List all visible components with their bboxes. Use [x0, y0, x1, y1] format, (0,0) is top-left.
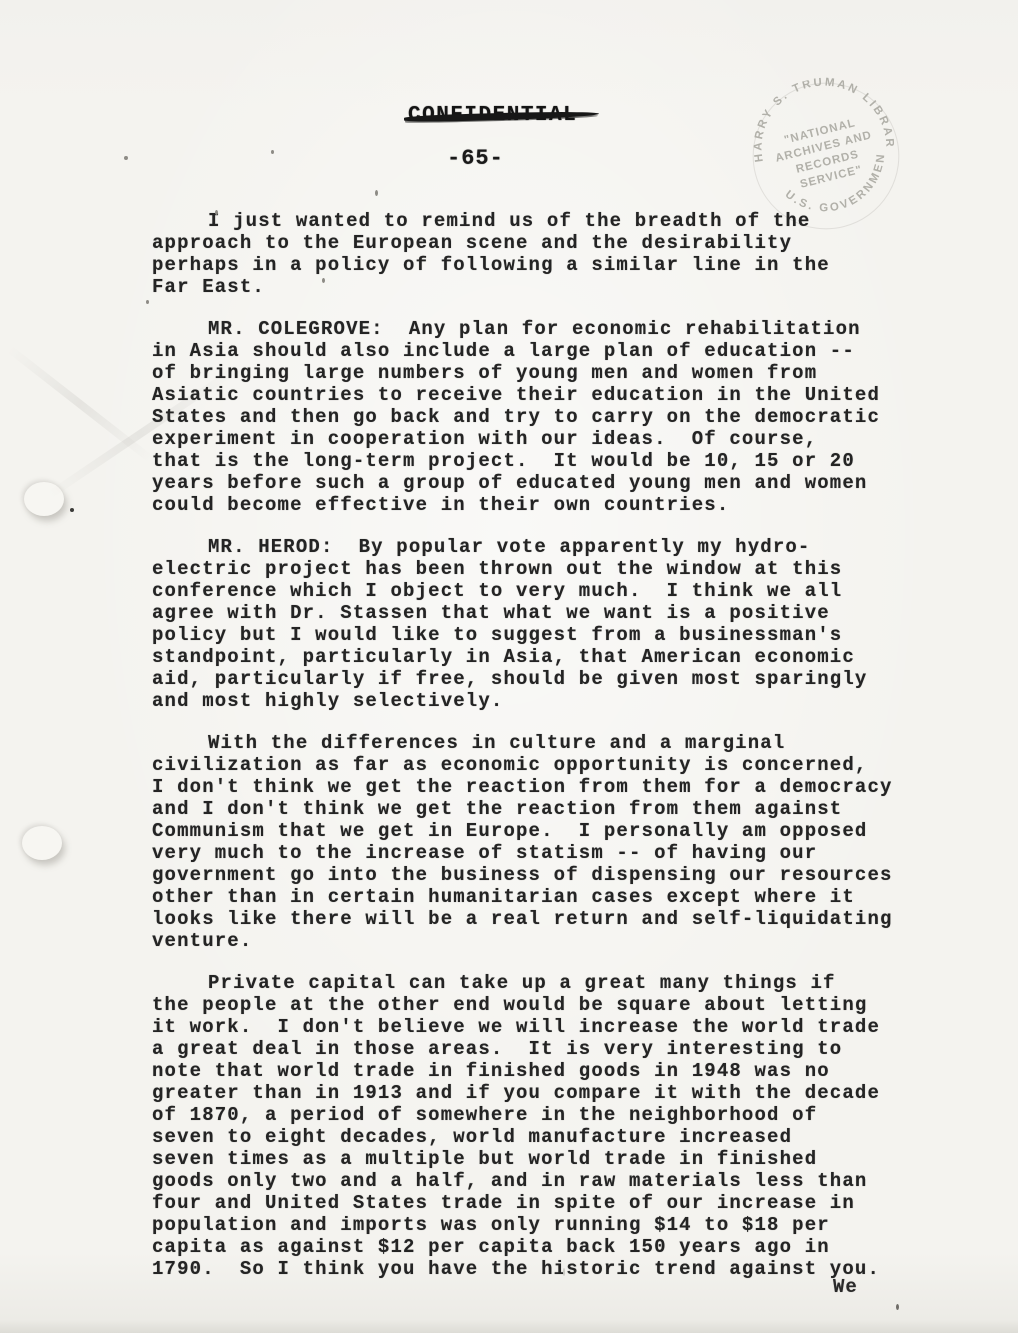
text-line: note that world trade in finished goods … — [152, 1060, 922, 1082]
paper-speck — [271, 150, 274, 154]
text-line: States and then go back and try to carry… — [152, 406, 922, 428]
punch-hole-shadow — [24, 482, 64, 516]
punch-hole-shadow — [22, 826, 62, 860]
text-line: aid, particularly if free, should be giv… — [152, 668, 922, 690]
text-line: MR. HEROD: By popular vote apparently my… — [152, 536, 922, 558]
text-line: and most highly selectively. — [152, 690, 922, 712]
text-line: could become effective in their own coun… — [152, 494, 922, 516]
text-line: Far East. — [152, 276, 922, 298]
text-line: seven times as a multiple but world trad… — [152, 1148, 922, 1170]
text-line: civilization as far as economic opportun… — [152, 754, 922, 776]
text-line: that is the long-term project. It would … — [152, 450, 922, 472]
paper-speck — [124, 156, 128, 160]
text-line: government go into the business of dispe… — [152, 864, 922, 886]
text-line: goods only two and a half, and in raw ma… — [152, 1170, 922, 1192]
text-line: other than in certain humanitarian cases… — [152, 886, 922, 908]
text-line: With the differences in culture and a ma… — [152, 732, 922, 754]
text-line: approach to the European scene and the d… — [152, 232, 922, 254]
text-line: capita as against $12 per capita back 15… — [152, 1236, 922, 1258]
text-line: Private capital can take up a great many… — [152, 972, 922, 994]
page-number: -65- — [447, 146, 504, 171]
text-line: very much to the increase of statism -- … — [152, 842, 922, 864]
text-line: policy but I would like to suggest from … — [152, 624, 922, 646]
text-line: standpoint, particularly in Asia, that A… — [152, 646, 922, 668]
text-line: the people at the other end would be squ… — [152, 994, 922, 1016]
text-line: venture. — [152, 930, 922, 952]
paper-crease — [7, 345, 154, 462]
text-line: electric project has been thrown out the… — [152, 558, 922, 580]
text-line: a great deal in those areas. It is very … — [152, 1038, 922, 1060]
catchword: We — [833, 1276, 858, 1298]
text-line: greater than in 1913 and if you compare … — [152, 1082, 922, 1104]
text-line: in Asia should also include a large plan… — [152, 340, 922, 362]
text-line: looks like there will be a real return a… — [152, 908, 922, 930]
text-line: perhaps in a policy of following a simil… — [152, 254, 922, 276]
classification-label: CONFIDENTIAL — [408, 104, 577, 127]
paper-speck — [896, 1304, 899, 1310]
text-line: of 1870, a period of somewhere in the ne… — [152, 1104, 922, 1126]
text-line: and I don't think we get the reaction fr… — [152, 798, 922, 820]
paper-speck — [322, 278, 325, 283]
confidential-struck-text: CONFIDENTIAL — [408, 104, 577, 127]
text-line: experiment in cooperation with our ideas… — [152, 428, 922, 450]
paper-speck — [70, 508, 74, 512]
text-line: conference which I object to very much. … — [152, 580, 922, 602]
paper-speck — [215, 210, 218, 215]
text-line: Asiatic countries to receive their educa… — [152, 384, 922, 406]
text-line: population and imports was only running … — [152, 1214, 922, 1236]
text-line: agree with Dr. Stassen that what we want… — [152, 602, 922, 624]
text-line: Communism that we get in Europe. I perso… — [152, 820, 922, 842]
text-line: I don't think we get the reaction from t… — [152, 776, 922, 798]
text-line: four and United States trade in spite of… — [152, 1192, 922, 1214]
classification-stamp: CONFIDENTIAL — [408, 104, 577, 127]
text-line: years before such a group of educated yo… — [152, 472, 922, 494]
text-line: of bringing large numbers of young men a… — [152, 362, 922, 384]
paper-speck — [563, 1268, 565, 1276]
text-line: I just wanted to remind us of the breadt… — [152, 210, 922, 232]
transcript-body: I just wanted to remind us of the breadt… — [152, 210, 922, 1300]
text-line: 1790. So I think you have the historic t… — [152, 1258, 922, 1280]
paper-speck — [375, 190, 378, 196]
text-line: it work. I don't believe we will increas… — [152, 1016, 922, 1038]
text-line: MR. COLEGROVE: Any plan for economic reh… — [152, 318, 922, 340]
text-line: seven to eight decades, world manufactur… — [152, 1126, 922, 1148]
document-page: CONFIDENTIAL -65- HARRY S. TRUMAN LIBRAR… — [0, 0, 1018, 1333]
paper-speck — [146, 300, 149, 304]
